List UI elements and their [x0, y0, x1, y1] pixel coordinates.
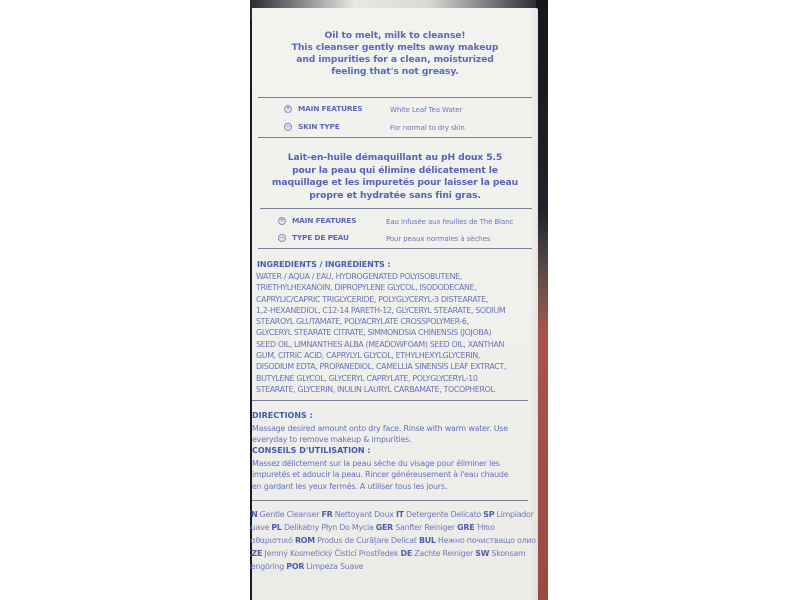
- feature-row-main-features-fr: + MAIN FEATURES: [278, 216, 356, 225]
- product-box-label: Oil to melt, milk to cleanse! This clean…: [252, 8, 538, 600]
- translated-name: Нежно почистващо олио: [436, 536, 536, 545]
- directions-text: Massage desired amount onto dry face. Ri…: [252, 423, 538, 445]
- translated-name: Detergente Delicato: [404, 510, 483, 519]
- ingredients-list: WATER / AQUA / EAU, HYDROGENATED POLYISO…: [256, 271, 538, 395]
- language-code: BUL: [419, 536, 436, 545]
- language-code: PL: [271, 523, 281, 532]
- product-photo: Oil to melt, milk to cleanse! This clean…: [250, 0, 548, 600]
- divider: [258, 248, 532, 249]
- feature-value: White Leaf Tea Water: [390, 106, 462, 114]
- language-code: ROM: [295, 536, 315, 545]
- language-code: SP: [483, 510, 494, 519]
- language-code: SW: [475, 549, 489, 558]
- translated-name: Delikatny Płyn Do Mycia: [282, 523, 376, 532]
- language-code: GER: [376, 523, 393, 532]
- feature-row-skin-type: − SKIN TYPE: [284, 122, 340, 131]
- language-code: FR: [322, 510, 333, 519]
- conseils-text: Massez délictement sur la peau sèche du …: [252, 458, 538, 492]
- tagline-french: Lait-en-huile démaquillant au pH doux 5.…: [252, 152, 538, 202]
- divider: [258, 97, 532, 98]
- plus-circle-icon: +: [278, 217, 286, 225]
- translated-name: Limpeza Suave: [304, 562, 363, 571]
- language-code: EN: [250, 510, 258, 519]
- ingredients-heading: INGREDIENTS / INGRÉDIENTS :: [257, 260, 391, 269]
- language-code: DE: [401, 549, 412, 558]
- language-code: IT: [396, 510, 404, 519]
- divider: [258, 137, 532, 138]
- tagline-english: Oil to melt, milk to cleanse! This clean…: [252, 30, 538, 78]
- language-code: POR: [286, 562, 304, 571]
- plus-circle-icon: +: [284, 105, 292, 113]
- divider: [260, 208, 532, 209]
- translated-name: Sanfter Reiniger: [393, 523, 457, 532]
- feature-row-main-features: + MAIN FEATURES: [284, 104, 362, 113]
- minus-circle-icon: −: [284, 123, 292, 131]
- minus-circle-icon: −: [278, 234, 286, 242]
- directions-heading: DIRECTIONS :: [252, 411, 313, 420]
- divider: [252, 400, 528, 401]
- translated-name: Produs de Curățare Delicat: [315, 536, 419, 545]
- language-code: CZE: [250, 549, 262, 558]
- translated-name: Nettoyant Doux: [332, 510, 395, 519]
- divider: [252, 500, 528, 501]
- translated-name: Zachte Reiniger: [412, 549, 475, 558]
- feature-row-type-de-peau: − TYPE DE PEAU: [278, 233, 349, 242]
- translated-name: Gentle Cleanser: [258, 510, 322, 519]
- language-code: GRE: [457, 523, 474, 532]
- translated-name: Jemný Kosmetický Čisticí Prostředek: [262, 549, 400, 558]
- feature-value: Pour peaux normales à sèches: [386, 235, 490, 243]
- multilingual-product-names: EN Gentle Cleanser FR Nettoyant Doux IT …: [250, 508, 538, 573]
- feature-value: For normal to dry skin: [390, 124, 465, 132]
- conseils-heading: CONSEILS D'UTILISATION :: [252, 446, 371, 455]
- feature-value: Eau infusée aux feuilles de Thé Blanc: [386, 218, 513, 226]
